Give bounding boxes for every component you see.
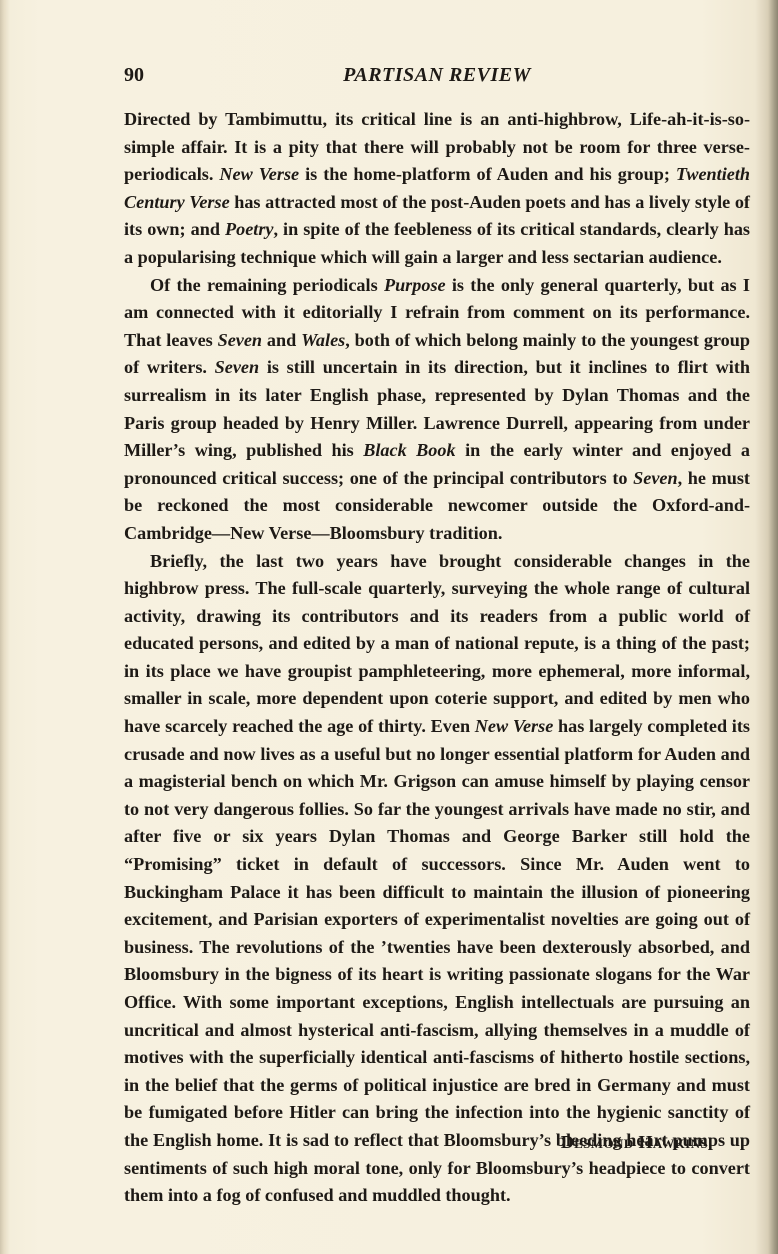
italic-title: Wales	[301, 330, 345, 350]
book-page: 90 PARTISAN REVIEW Directed by Tambimutt…	[0, 0, 778, 1254]
text-run: is the home-platform of Auden and his gr…	[299, 164, 676, 184]
italic-title: New Verse	[475, 716, 553, 736]
italic-title: Seven	[218, 330, 262, 350]
text-run: and	[262, 330, 301, 350]
text-run: Of the remaining periodicals	[150, 275, 384, 295]
running-title: PARTISAN REVIEW	[124, 64, 750, 87]
paragraph: Briefly, the last two years have brought…	[124, 548, 750, 1210]
italic-title: Poetry	[225, 219, 273, 239]
italic-title: Seven	[215, 357, 259, 377]
italic-title: Seven	[633, 468, 677, 488]
paragraph: Directed by Tambimuttu, its critical lin…	[124, 106, 750, 272]
page-header: 90 PARTISAN REVIEW	[124, 64, 750, 88]
article-body: Directed by Tambimuttu, its critical lin…	[124, 106, 750, 1210]
text-run: Briefly, the last two years have brought…	[124, 551, 750, 737]
author-signature: Desmond Hawkins	[124, 1132, 708, 1153]
paragraph: Of the remaining periodicals Purpose is …	[124, 272, 750, 548]
italic-title: New Verse	[219, 164, 299, 184]
italic-title: Black Book	[363, 440, 455, 460]
italic-title: Purpose	[384, 275, 446, 295]
